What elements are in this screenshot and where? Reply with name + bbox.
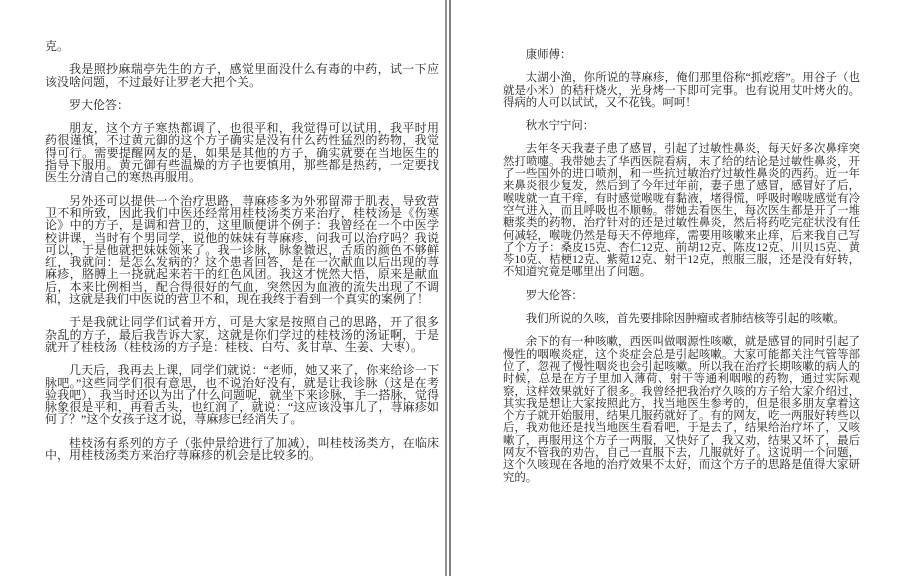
page-spine bbox=[445, 0, 453, 576]
paragraph: 于是我就让同学们试着开方，可是大家是按照自己的思路，开了很多杂乱的方子，最后我告… bbox=[45, 316, 439, 353]
left-page-text: 克。我是照抄麻瑞亭先生的方子，感觉里面没什么有毒的中药，试一下应该没啥问题，不过… bbox=[45, 40, 439, 472]
paragraph: 桂枝汤有系列的方子（张仲景给进行了加减），叫桂枝汤类方，在临床中，用桂枝汤类方来… bbox=[45, 437, 439, 462]
paragraph: 罗大伦答： bbox=[45, 99, 439, 111]
right-page-text: 康师傅：太湖小渔，你所说的荨麻疹，俺们那里俗称“抓疙瘩”。用谷子（也就是小米）的… bbox=[503, 49, 860, 495]
paragraph: 克。 bbox=[45, 40, 439, 52]
left-page-edge bbox=[445, 0, 447, 576]
paragraph: 太湖小渔，你所说的荨麻疹，俺们那里俗称“抓疙瘩”。用谷子（也就是小米）的秸秆烧火… bbox=[503, 72, 860, 109]
page-right: 康师傅：太湖小渔，你所说的荨麻疹，俺们那里俗称“抓疙瘩”。用谷子（也就是小米）的… bbox=[453, 0, 900, 576]
paragraph: 余下的有一种咳嗽，西医叫做咽源性咳嗽，就是感冒的同时引起了慢性的咽喉炎症，这个炎… bbox=[503, 336, 860, 484]
book-spread: 克。我是照抄麻瑞亭先生的方子，感觉里面没什么有毒的中药，试一下应该没啥问题，不过… bbox=[0, 0, 900, 576]
paragraph: 朋友，这个方子寒热都调了，也很平和，我觉得可以试用，我平时用药很谨慎，不过黄元御… bbox=[45, 122, 439, 183]
right-page-edge bbox=[449, 0, 451, 576]
page-left: 克。我是照抄麻瑞亭先生的方子，感觉里面没什么有毒的中药，试一下应该没啥问题，不过… bbox=[0, 0, 445, 576]
paragraph: 我们所说的久咳，首先要排除因肿瘤或者肺结核等引起的咳嗽。 bbox=[503, 313, 860, 325]
paragraph: 另外还可以提供一个治疗思路，荨麻疹多为外邪留滞于肌表，导致营卫不和所致，因此我们… bbox=[45, 195, 439, 306]
paragraph: 康师傅： bbox=[503, 49, 860, 61]
paragraph: 几天后，我再去上课，同学们就说：“老师，她又来了，你来给诊一下脉吧。”这些同学们… bbox=[45, 364, 439, 425]
paragraph: 去年冬天我妻子患了感冒，引起了过敏性鼻炎，每天好多次鼻痒突然打喷嚏。我带她去了华… bbox=[503, 143, 860, 278]
paragraph: 秋水宁宁问： bbox=[503, 120, 860, 132]
paragraph: 罗大伦答： bbox=[503, 290, 860, 302]
paragraph: 我是照抄麻瑞亭先生的方子，感觉里面没什么有毒的中药，试一下应该没啥问题，不过最好… bbox=[45, 63, 439, 88]
